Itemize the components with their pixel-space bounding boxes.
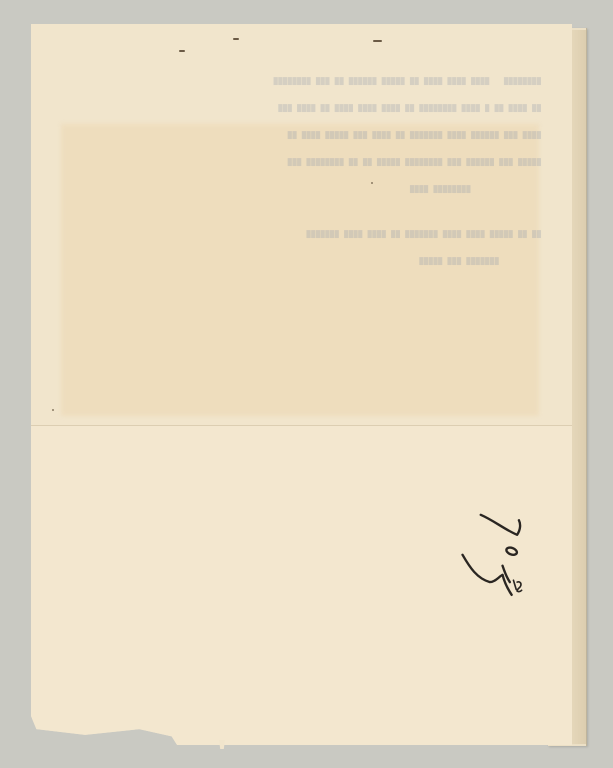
handwritten-note xyxy=(448,498,548,608)
fold-line xyxy=(31,425,572,426)
staple-hole-mark xyxy=(179,50,185,52)
bleed-line: ████ ███ ██████ ████ ███████ ██ ████ ███… xyxy=(81,132,541,141)
bleed-line: ████████ ████ ████ ████ ██ █████ ██████ … xyxy=(81,78,541,87)
staple-hole-mark xyxy=(233,38,239,40)
speck xyxy=(371,182,373,184)
bleed-through-text: ████████ ████ ████ ████ ██ █████ ██████ … xyxy=(81,60,541,285)
underlying-sheet-edge xyxy=(570,30,586,744)
digit-7-stroke xyxy=(481,515,520,535)
bleed-line: ███████ ███ █████ xyxy=(81,258,541,267)
document-page: ████████ ████ ████ ████ ██ █████ ██████ … xyxy=(31,24,572,745)
letter-f-stroke xyxy=(463,555,512,595)
bleed-line: █████ ███ ██████ ███ ████████ █████ ██ █… xyxy=(81,159,541,168)
digit-0-stroke xyxy=(505,546,517,556)
bleed-line: ██ ██ █████ ████ ████ ███████ ██ ████ ██… xyxy=(81,231,541,240)
bleed-line: ██ ████ ██ █ ████ ████████ ██ ████ ████ … xyxy=(81,105,541,114)
speck xyxy=(52,409,54,411)
paper-tear xyxy=(219,740,225,749)
bleed-line: ████████ ████ xyxy=(81,186,541,195)
staple-hole-mark xyxy=(373,40,382,42)
superscript-13-stroke xyxy=(513,580,521,591)
